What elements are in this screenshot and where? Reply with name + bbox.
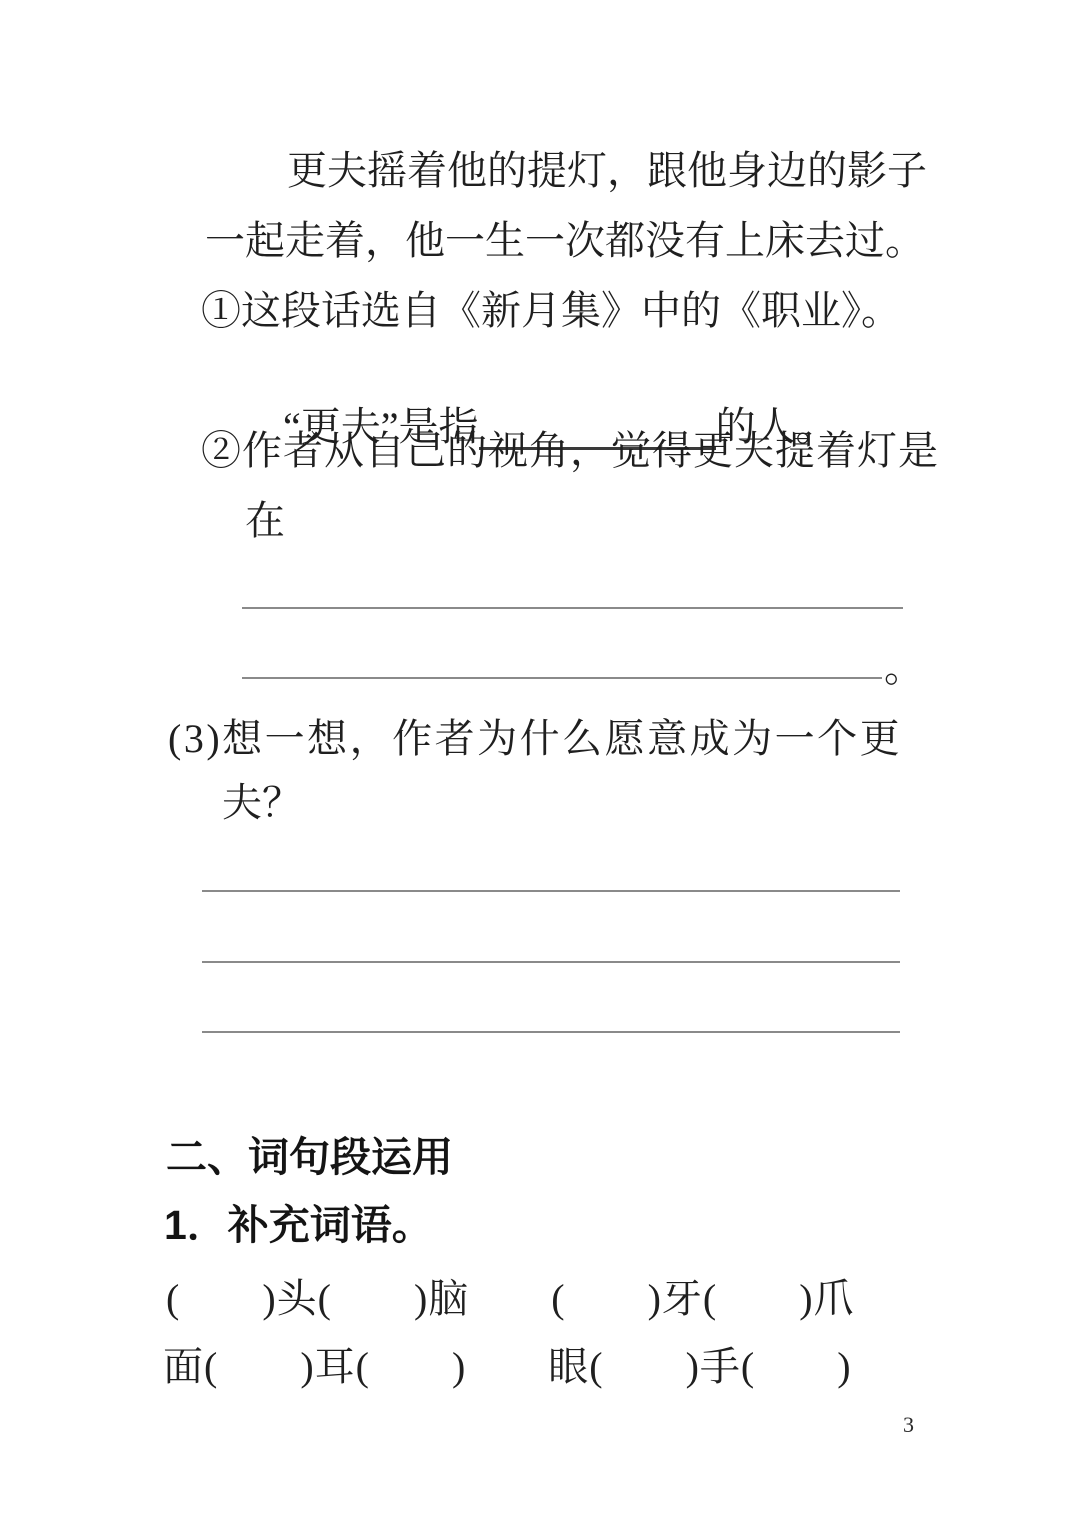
answer-blank-line-5 xyxy=(202,1031,900,1033)
quote-line-2: 一起走着，他一生一次都没有上床去过。 xyxy=(205,218,925,264)
question-1-line-2: “更夫”是指的人。 xyxy=(243,358,836,496)
question-3-line-1: (3)想一想，作者为什么愿意成为一个更 xyxy=(168,716,902,762)
quote-line-1: 更夫摇着他的提灯，跟他身边的影子 xyxy=(287,148,927,194)
section-heading: 二、词句段运用 xyxy=(166,1134,453,1180)
answer-line-end-period: 。 xyxy=(884,645,924,691)
fill-in-blanks-row-1: ( )头( )脑 ( )牙( )爪 xyxy=(166,1276,855,1322)
answer-blank-line-3 xyxy=(202,890,900,892)
question-2-line-2: 在 xyxy=(245,498,285,544)
question-3-line-2: 夫？ xyxy=(222,780,302,826)
page-number: 3 xyxy=(903,1412,914,1438)
fill-in-blanks-row-2: 面( )耳( ) 眼( )手( ) xyxy=(163,1344,852,1390)
exercise-title: 1．补充词语。 xyxy=(164,1202,433,1248)
answer-blank-line-2 xyxy=(242,677,882,679)
worksheet-page: 更夫摇着他的提灯，跟他身边的影子 一起走着，他一生一次都没有上床去过。 ①这段话… xyxy=(0,0,1080,1527)
question-1-line-1: ①这段话选自《新月集》中的《职业》。 xyxy=(201,288,901,334)
question-2-line-1: ②作者从自己的视角，觉得更夫提着灯是 xyxy=(201,428,939,474)
answer-blank-line-1 xyxy=(242,607,903,609)
answer-blank-line-4 xyxy=(202,961,900,963)
